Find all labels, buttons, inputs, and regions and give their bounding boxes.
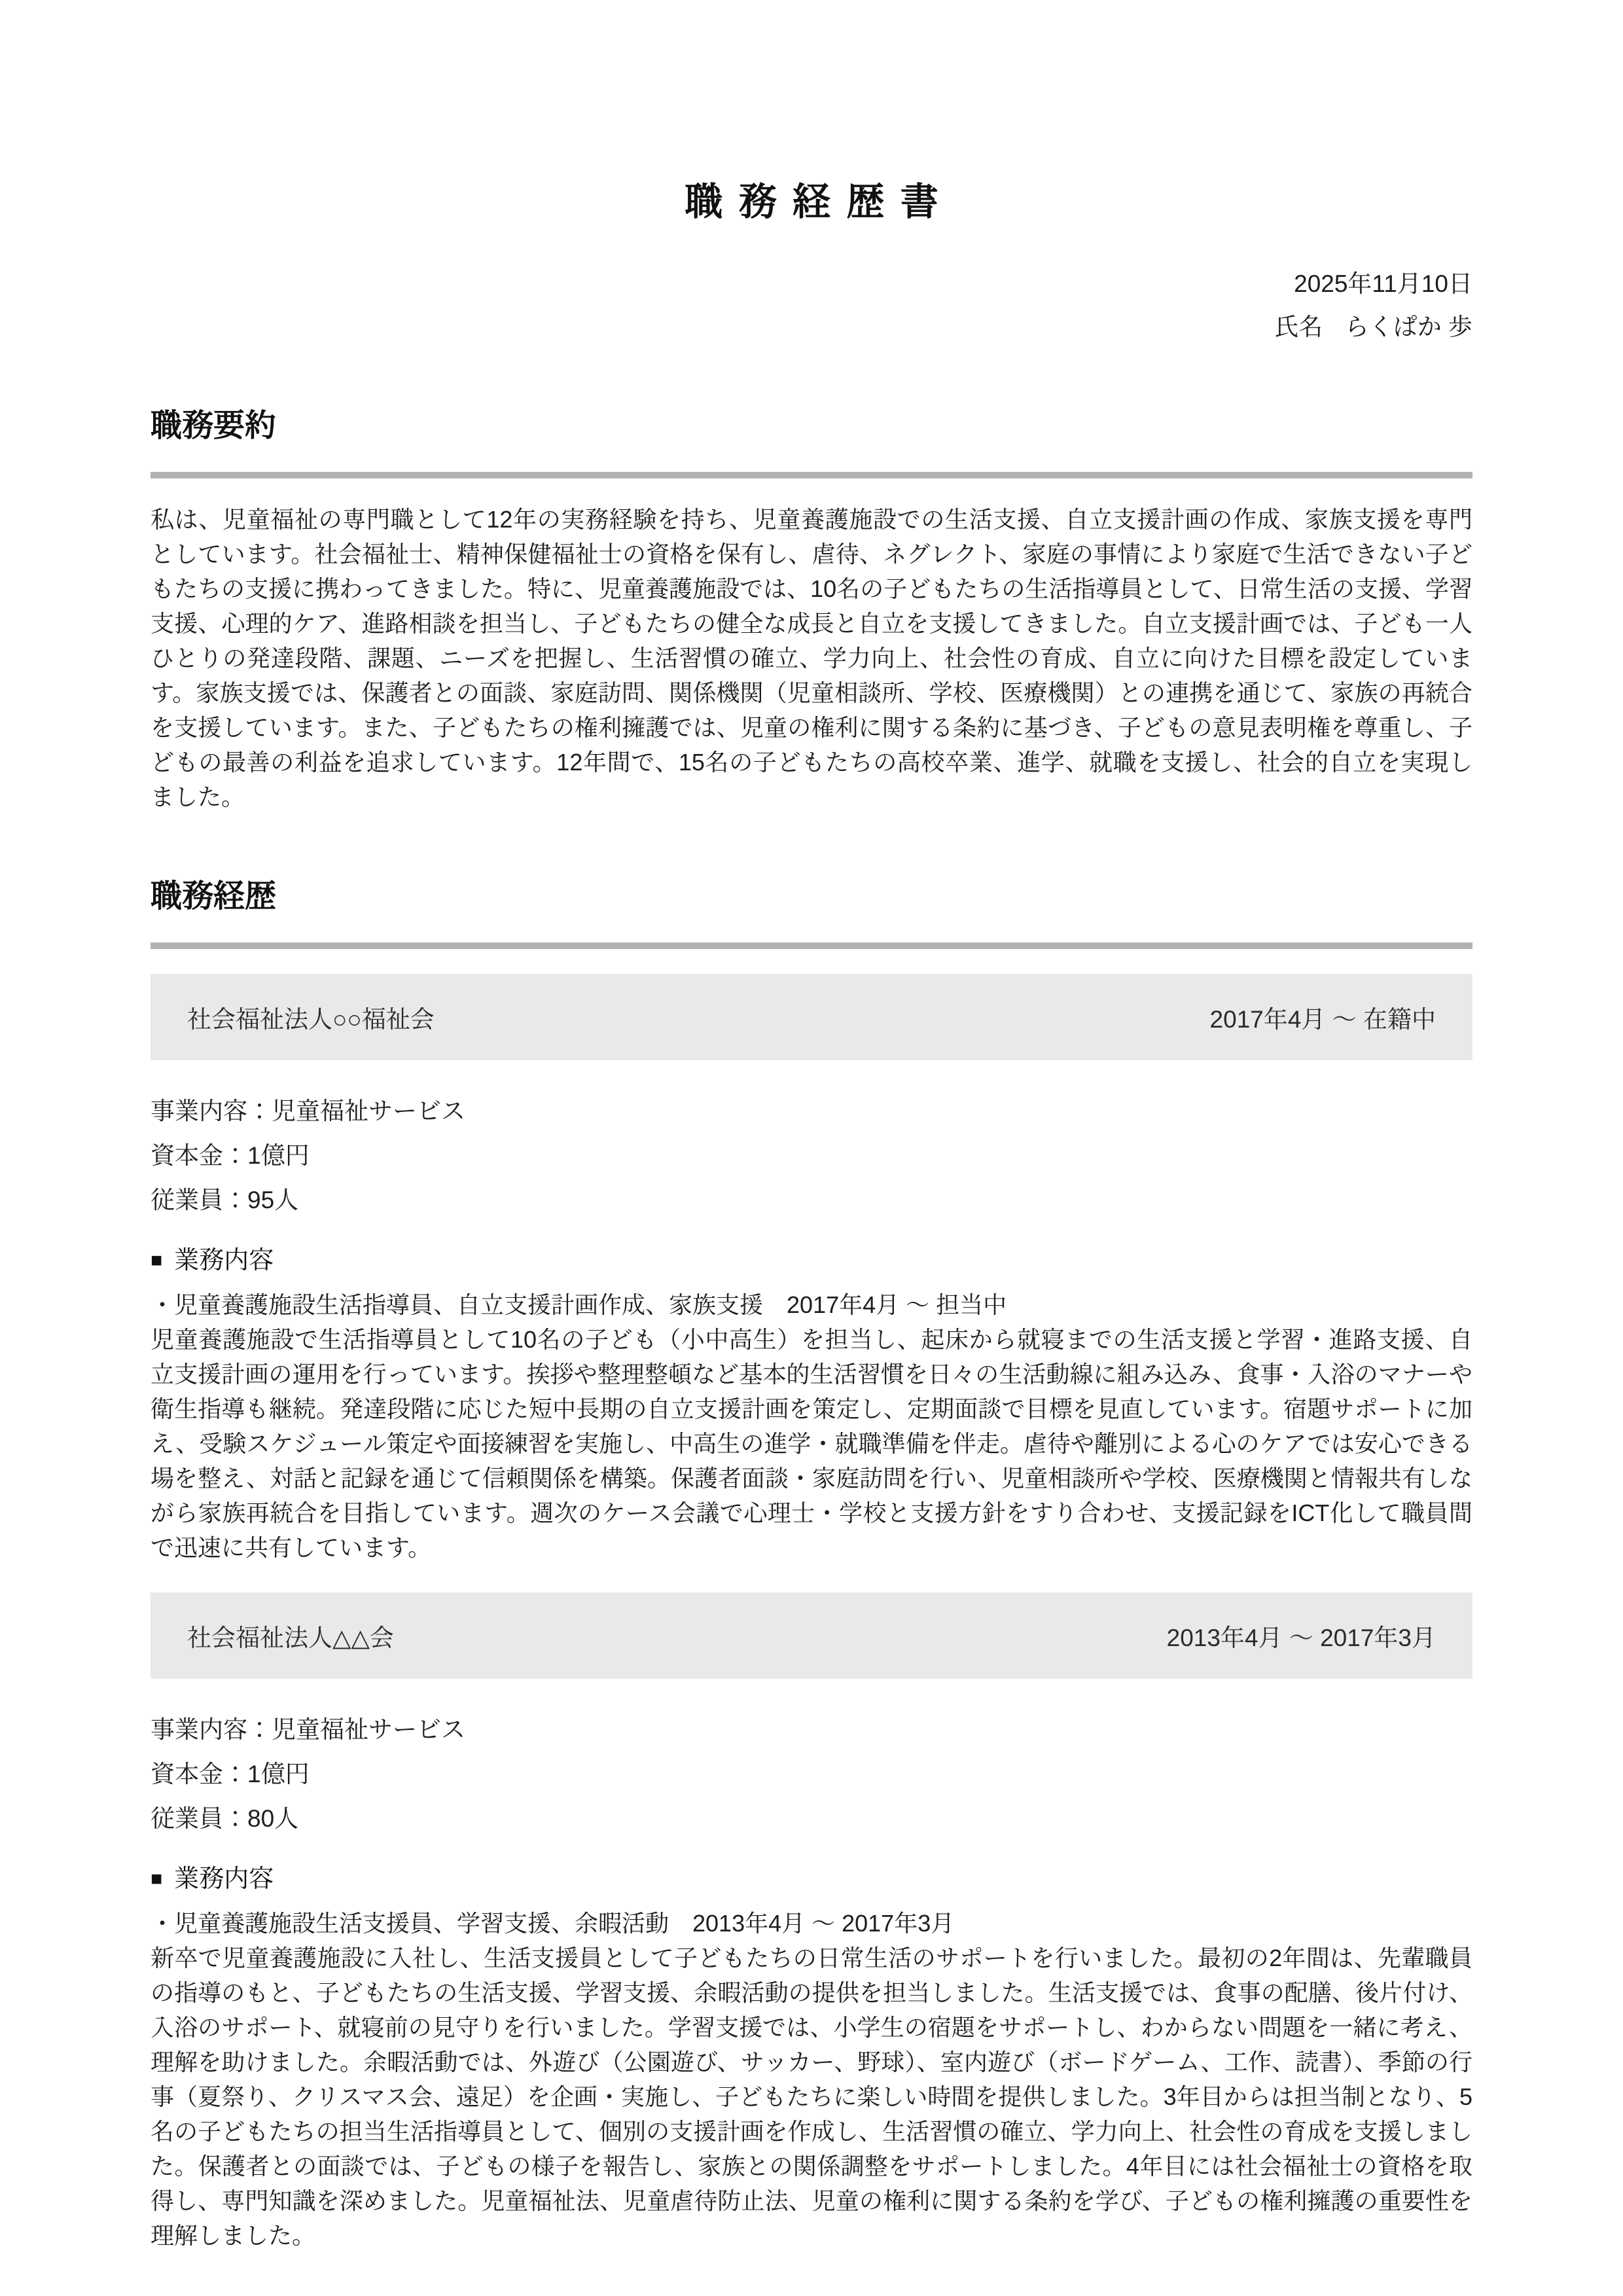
- duties-heading-label: 業務内容: [174, 1247, 274, 1274]
- employment-period: 2013年4月 ～ 2017年3月: [1167, 1618, 1436, 1653]
- role-line: ・児童養護施設生活指導員、自立支援計画作成、家族支援 2017年4月 ～ 担当中: [151, 1287, 1472, 1322]
- company-facts: 事業内容：児童福祉サービス 資本金：1億円 従業員：95人: [151, 1089, 1472, 1223]
- document-title: 職務経歴書: [151, 179, 1472, 225]
- company-header-bar: 社会福祉法人○○福祉会 2017年4月 ～ 在籍中: [151, 974, 1472, 1060]
- job-entry: 社会福祉法人○○福祉会 2017年4月 ～ 在籍中 事業内容：児童福祉サービス …: [151, 974, 1472, 1565]
- duties-heading: ■業務内容: [151, 1862, 1472, 1898]
- company-name: 社会福祉法人○○福祉会: [187, 999, 435, 1035]
- company-name: 社会福祉法人△△会: [187, 1618, 394, 1653]
- name-label: 氏名: [1274, 314, 1323, 340]
- job-entry: 社会福祉法人△△会 2013年4月 ～ 2017年3月 事業内容：児童福祉サービ…: [151, 1592, 1472, 2253]
- summary-section-heading: 職務要約: [151, 406, 1472, 446]
- capital: 資本金：1億円: [151, 1134, 1472, 1178]
- square-bullet-icon: ■: [151, 1249, 162, 1271]
- job-description: 新卒で児童養護施設に入社し、生活支援員として子どもたちの日常生活のサポートを行い…: [151, 1941, 1472, 2253]
- duties-heading: ■業務内容: [151, 1244, 1472, 1280]
- section-divider: [151, 472, 1472, 478]
- employee-count: 従業員：80人: [151, 1797, 1472, 1841]
- employment-period: 2017年4月 ～ 在籍中: [1210, 999, 1436, 1035]
- capital: 資本金：1億円: [151, 1752, 1472, 1797]
- job-description: 児童養護施設で生活指導員として10名の子ども（小中高生）を担当し、起床から就寝ま…: [151, 1322, 1472, 1565]
- square-bullet-icon: ■: [151, 1868, 162, 1890]
- header-identity-block: 2025年11月10日 氏名らくぱか 歩: [151, 262, 1472, 349]
- business-description: 事業内容：児童福祉サービス: [151, 1708, 1472, 1752]
- applicant-name-line: 氏名らくぱか 歩: [151, 306, 1472, 349]
- role-line: ・児童養護施設生活支援員、学習支援、余暇活動 2013年4月 ～ 2017年3月: [151, 1906, 1472, 1941]
- business-description: 事業内容：児童福祉サービス: [151, 1089, 1472, 1134]
- section-divider: [151, 942, 1472, 949]
- company-facts: 事業内容：児童福祉サービス 資本金：1億円 従業員：80人: [151, 1708, 1472, 1841]
- summary-paragraph: 私は、児童福祉の専門職として12年の実務経験を持ち、児童養護施設での生活支援、自…: [151, 502, 1472, 814]
- history-section-heading: 職務経歴: [151, 877, 1472, 916]
- employee-count: 従業員：95人: [151, 1178, 1472, 1223]
- document-date: 2025年11月10日: [151, 262, 1472, 306]
- duties-heading-label: 業務内容: [174, 1865, 274, 1893]
- resume-document: 職務経歴書 2025年11月10日 氏名らくぱか 歩 職務要約 私は、児童福祉の…: [0, 0, 1623, 2296]
- company-header-bar: 社会福祉法人△△会 2013年4月 ～ 2017年3月: [151, 1592, 1472, 1679]
- applicant-name: らくぱか 歩: [1345, 314, 1472, 340]
